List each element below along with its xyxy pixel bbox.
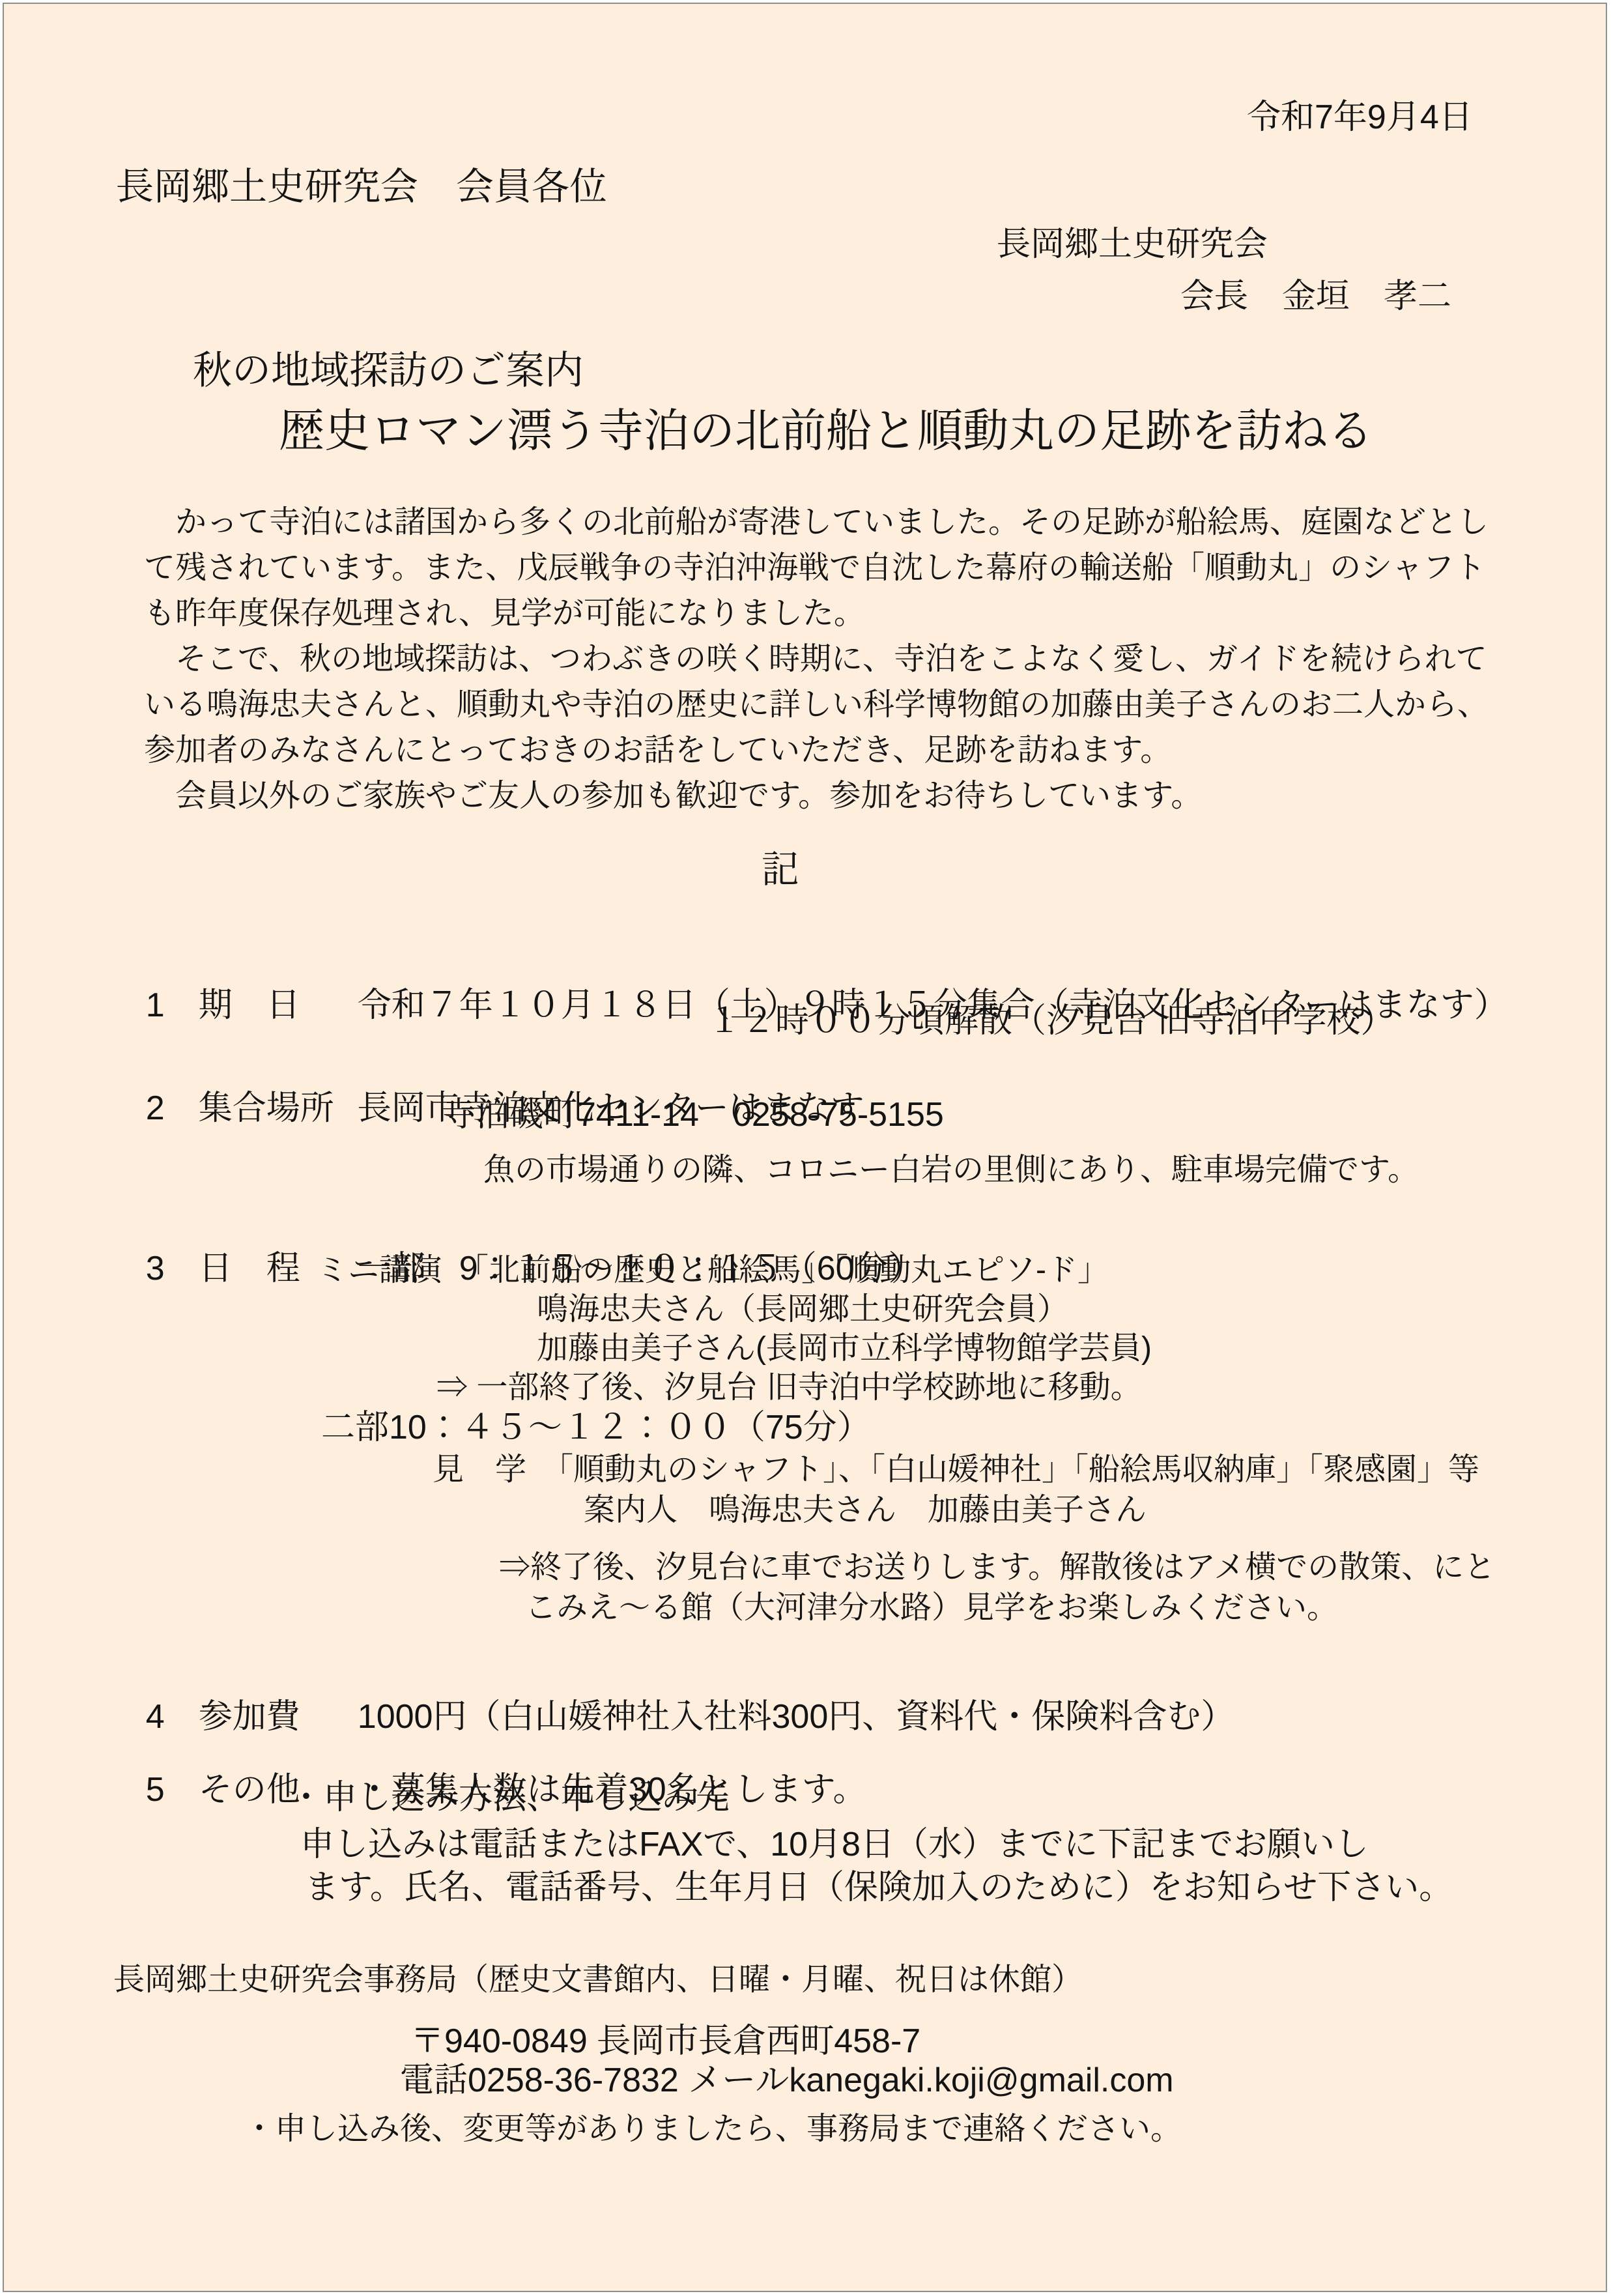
item3-speaker2-line: 加藤由美子さん(長岡市立科学博物館学芸員) <box>537 1330 1152 1366</box>
item3-after-note1-line: ⇒終了後、汐見台に車でお送りします。解散後はアメ横での散策、にと <box>499 1549 1495 1585</box>
body-line: そこで、秋の地域探訪は、つわぶきの咲く時期に、寺泊をこよなく愛し、ガイドを続けら… <box>144 641 1487 677</box>
subject-title: 歴史ロマン漂う寺泊の北前船と順動丸の足跡を訪ねる <box>279 405 1373 457</box>
item1-label: 1 期 日 <box>146 986 358 1026</box>
document-date: 令和7年9月4日 <box>1247 98 1473 137</box>
item5-apply-detail-line1: 申し込みは電話またはFAXで、10月8日（水）までに下記までお願いし <box>300 1826 1369 1865</box>
body-line: て残されています。また、戊辰戦争の寺泊沖海戦で自沈した幕府の輸送船「順動丸」のシ… <box>144 550 1485 586</box>
item3-tour-line: 見 学 「順動丸のシャフト」、「白山媛神社」「船絵馬収納庫」「聚感園」等 <box>433 1452 1479 1487</box>
item1-dismissal-line: １２時００分頃解散（汐見台 旧寺泊中学校） <box>707 1002 1394 1041</box>
item3-lecture-line: ミニ講演 「北前船の歴史と船絵馬」「順動丸エピソ-ド」 <box>317 1252 1109 1288</box>
body-line: いる鳴海忠夫さんと、順動丸や寺泊の歴史に詳しい科学博物館の加藤由美子さんのお二人… <box>144 687 1489 723</box>
item4-text: 1000円（白山媛神社入社料300円、資料代・保険料含む） <box>358 1698 1234 1736</box>
record-heading: 記 <box>762 848 799 892</box>
item5-apply-detail-line2: ます。氏名、電話番号、生年月日（保険加入のために）をお知らせ下さい。 <box>305 1869 1453 1908</box>
item2-address-line: 寺泊磯町7411-14 0258-75-5155 <box>442 1096 944 1135</box>
item3-after-note2-line: こみえ～る館（大河津分水路）見学をお楽しみください。 <box>525 1590 1338 1626</box>
item4-label: 4 参加費 <box>146 1698 358 1737</box>
body-line: も昨年度保存処理され、見学が可能になりました。 <box>144 596 865 631</box>
recipient-line: 長岡郷土史研究会 会員各位 <box>116 165 607 209</box>
document-page: 令和7年9月4日 長岡郷土史研究会 会員各位 長岡郷土史研究会 会長 金垣 孝二… <box>3 3 1607 2292</box>
office-line: 長岡郷土史研究会事務局（歴史文書館内、日曜・月曜、祝日は休館） <box>113 1962 1083 1998</box>
body-line: かって寺泊には諸国から多くの北前船が寄港していました。その足跡が船絵馬、庭園など… <box>144 504 1489 540</box>
item5-apply-method-line: ・申し込み方法、申し込み先 <box>289 1779 730 1818</box>
item2-label: 2 集合場所 <box>146 1089 358 1128</box>
item3-guides-line: 案内人 鳴海忠夫さん 加藤由美子さん <box>584 1492 1147 1528</box>
item2-note-line: 魚の市場通りの隣、コロニー白岩の里側にあり、駐車場完備です。 <box>483 1152 1419 1188</box>
footer-note: ・申し込み後、変更等がありましたら、事務局まで連絡ください。 <box>244 2111 1182 2147</box>
office-postal-address: 〒940-0849 長岡市長倉西町458-7 <box>410 2022 920 2061</box>
sender-org: 長岡郷土史研究会 <box>997 225 1268 265</box>
item3-speaker1-line: 鳴海忠夫さん（長岡郷土史研究会員） <box>537 1291 1068 1327</box>
item3-part2-line: 二部10：４５～１２：００（75分） <box>321 1409 871 1448</box>
body-line: 参加者のみなさんにとっておきのお話をしていただき、足跡を訪ねます。 <box>144 732 1171 768</box>
body-line: 会員以外のご家族やご友人の参加も歓迎です。参加をお待ちしています。 <box>144 778 1202 814</box>
sender-title-name: 会長 金垣 孝二 <box>1180 278 1451 317</box>
office-contact: 電話0258-36-7832 メールkanegaki.koji@gmail.co… <box>400 2061 1174 2101</box>
item3-move-note-line: ⇒ 一部終了後、汐見台 旧寺泊中学校跡地に移動。 <box>436 1370 1142 1405</box>
subject-lead: 秋の地域探訪のご案内 <box>193 348 584 393</box>
